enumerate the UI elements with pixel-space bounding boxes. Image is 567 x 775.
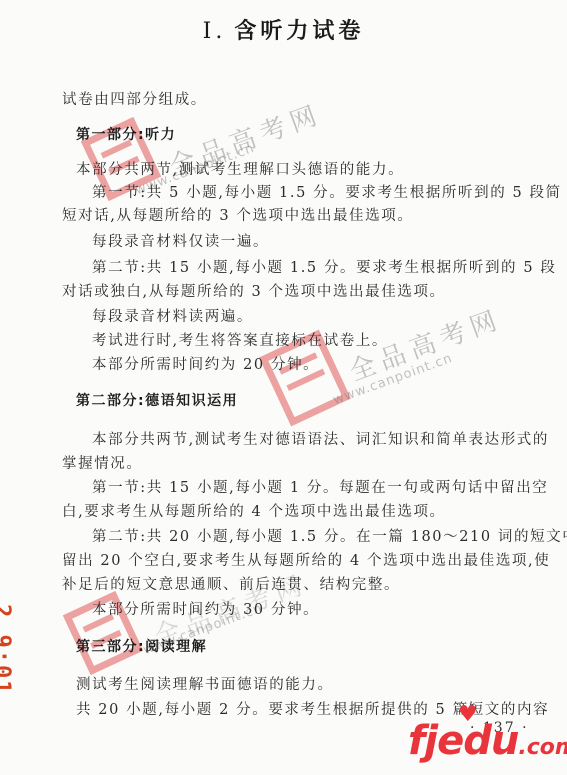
part1-line: 第一节:共 5 小题,每小题 1.5 分。要求考生根据所听到的 5 段简 [92,181,562,202]
part1-line: 本部分所需时间约为 20 分钟。 [92,353,319,374]
title-text: 含听力试卷 [234,18,364,44]
logo-suffix: .com [518,735,567,760]
part2-heading: 第二部分:德语知识运用 [76,390,238,410]
part3-heading: 第三部分:阅读理解 [76,636,207,656]
part1-line: 考试进行时,考生将答案直接标在试卷上。 [92,329,388,350]
part2-line: 补足后的短文意思通顺、前后连贯、结构完整。 [62,573,400,594]
part2-line: 白,要求考生从每题所给的 4 个选项中选出最佳选项。 [62,500,446,521]
page-title: Ⅰ.含听力试卷 [0,14,567,45]
part2-line: 本部分所需时间约为 30 分钟。 [92,598,319,619]
part3-line: 共 20 小题,每小题 2 分。要求考生根据所提供的 5 篇短文的内容 [76,698,549,719]
part1-heading: 第一部分:听力 [76,124,176,144]
part3-line: 测试考生阅读理解书面德语的能力。 [76,673,334,694]
part1-line: 短对话,从每题所给的 3 个选项中选出最佳选项。 [62,204,413,225]
part2-line: 本部分共两节,测试考生对德语语法、词汇知识和简单表达形式的 [92,428,549,449]
part2-line: 掌握情况。 [62,452,143,473]
scanned-page: 全品高考网 www.canpoint.cn 全品高考网 www.canpoint… [0,0,567,775]
watermark-url: www.canpoint.cn [331,351,454,408]
title-number: Ⅰ. [203,19,227,44]
part2-line: 第二节:共 20 小题,每小题 1.5 分。在一篇 180～210 词的短文中 [92,525,567,546]
part2-line: 留出 20 个空白,要求考生从每题所给的 4 个选项中选出最佳选项,使 [62,549,550,570]
intro-text: 试卷由四部分组成。 [62,88,207,109]
part1-line: 本部分共两节,测试考生理解口头德语的能力。 [76,158,404,179]
date-stamp: 2 9:01 [0,604,14,695]
part1-line: 第二节:共 15 小题,每小题 1.5 分。要求考生根据所听到的 5 段 [92,256,556,277]
part1-line: 对话或独白,从每题所给的 3 个选项中选出最佳选项。 [62,280,446,301]
part1-line: 每段录音材料仅读一遍。 [92,230,269,251]
part1-line: 每段录音材料读两遍。 [92,305,253,326]
part2-line: 第一节:共 15 小题,每小题 1 分。每题在一句或两句话中留出空 [92,476,548,497]
site-logo: fjedu.com [408,718,567,764]
logo-brand: fjedu [408,718,518,764]
